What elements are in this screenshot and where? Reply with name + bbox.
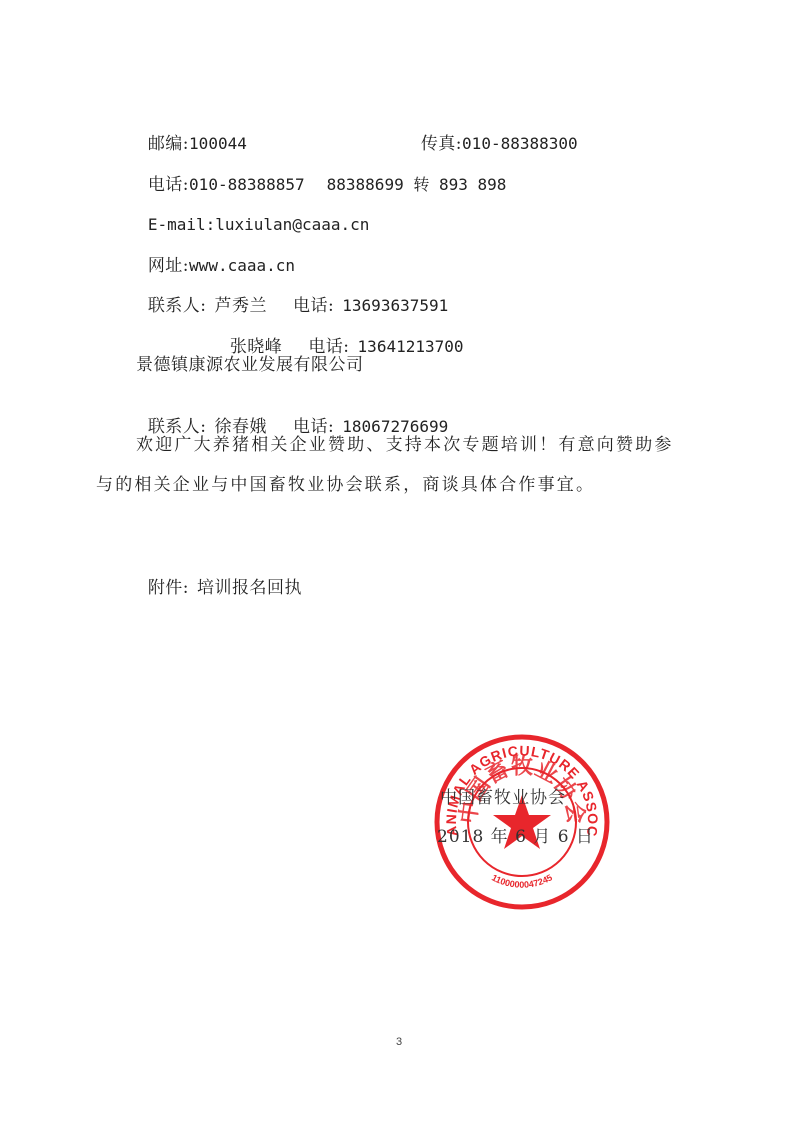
email-value[interactable]: luxiulan@caaa.cn xyxy=(215,215,369,234)
person1-phone: 13693637591 xyxy=(342,296,448,315)
website-line: 网址:www.caaa.cn xyxy=(136,233,295,277)
sponsorship-line-2: 与的相关企业与中国畜牧业协会联系，商谈具体合作事宜。 xyxy=(96,474,595,496)
contacts-label: 联系人: xyxy=(148,296,207,316)
page-number: 3 xyxy=(396,1036,402,1048)
sponsorship-line-1: 欢迎广大养猪相关企业赞助、支持本次专题培训！有意向赞助参 xyxy=(136,434,674,456)
fax-line: 传真:010-88388300 xyxy=(409,111,578,155)
person2-phone: 13641213700 xyxy=(358,337,464,356)
email-line: E-mail:luxiulan@caaa.cn xyxy=(136,192,369,236)
person1-name: 芦秀兰 xyxy=(215,296,268,316)
company-name: 景德镇康源农业发展有限公司 xyxy=(136,354,364,376)
postcode-value: 100044 xyxy=(189,134,247,153)
company-contact: 联系人:徐春娥电话:18067276699 xyxy=(136,394,448,438)
signature-date: 2018 年 6 月 6 日 xyxy=(437,822,594,847)
contact-person-2: 张晓峰电话:13641213700 xyxy=(218,314,464,358)
attachment-label: 附件: xyxy=(148,578,189,598)
signature-organization: 中国畜牧业协会 xyxy=(440,783,566,808)
fax-value: 010-88388300 xyxy=(462,134,578,153)
fax-label: 传真: xyxy=(421,134,462,154)
phone-line: 电话:010-8838885788388699 转 893 898 xyxy=(136,152,506,196)
postcode-label: 邮编: xyxy=(148,134,189,154)
attachment-title[interactable]: 培训报名回执 xyxy=(197,578,302,598)
person1-phone-label: 电话: xyxy=(293,296,334,316)
contact-person-1: 联系人:芦秀兰电话:13693637591 xyxy=(136,273,448,317)
email-label: E-mail: xyxy=(148,215,215,234)
attachment-line: 附件:培训报名回执 xyxy=(136,555,302,599)
postcode-line: 邮编:100044 xyxy=(136,111,247,155)
